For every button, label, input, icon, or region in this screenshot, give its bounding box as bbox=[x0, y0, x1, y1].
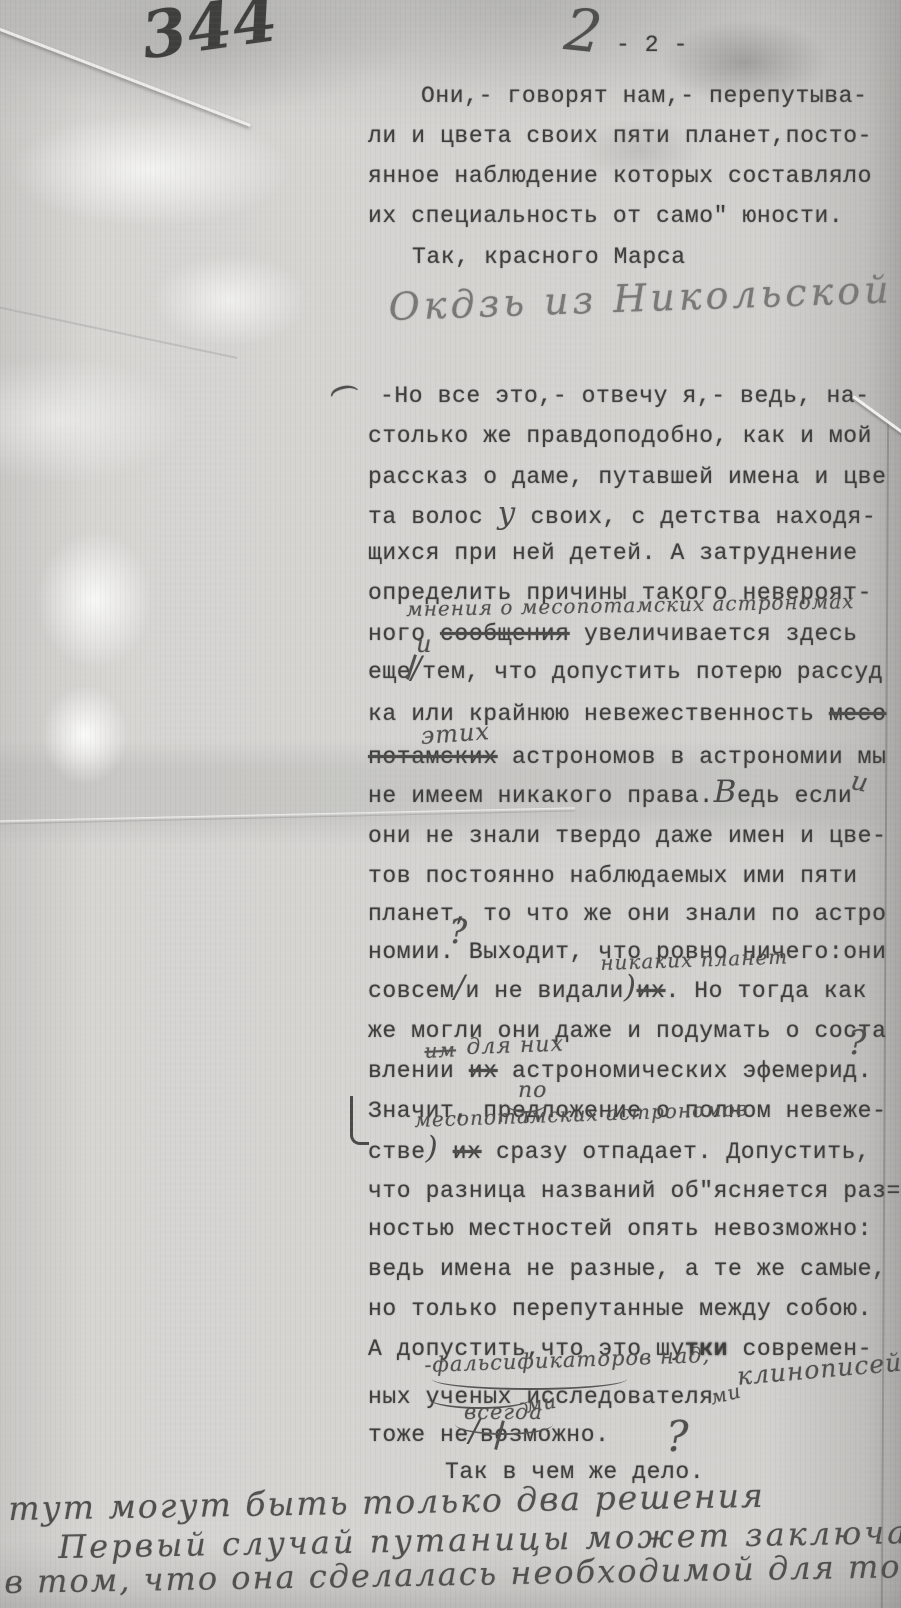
typed-text: их специальность от само" юности. bbox=[368, 203, 843, 229]
insert-note-line: Окдзь из Никольской bbox=[388, 270, 893, 326]
page-number-typed: - 2 - bbox=[616, 33, 688, 57]
typed-text: они не знали твердо даже имен и цве- bbox=[368, 823, 886, 849]
typed-line: ностью местностей опять невозможно: bbox=[368, 1217, 872, 1241]
correction-text: по bbox=[518, 1080, 547, 1102]
typed-text: -Но все это,- отвечу я,- ведь, на- bbox=[380, 383, 870, 409]
question-mark: ? bbox=[449, 915, 468, 949]
typed-line: еще/тем, что допустить потерю рассуд bbox=[368, 660, 883, 684]
typed-line: планет, то что же они знали по астро bbox=[368, 902, 886, 926]
typed-line: не имеем никакого права.Ведь если bbox=[368, 784, 852, 808]
hand-inline-mark: у bbox=[498, 495, 517, 531]
typed-text: ведь имена не разные, а те же самые, bbox=[368, 1256, 886, 1282]
typed-text: янное наблюдение которых составляло bbox=[368, 163, 872, 189]
typed-text: та волос bbox=[368, 504, 498, 530]
typed-line: стве) их сразу отпадает. Допустить, bbox=[368, 1140, 870, 1164]
margin-bracket bbox=[350, 1096, 369, 1145]
hand-inline-mark: / bbox=[454, 969, 465, 1005]
typed-text: не имеем никакого права. bbox=[368, 783, 714, 809]
typed-line: их специальность от само" юности. bbox=[368, 204, 843, 228]
typed-text: тоже не bbox=[368, 1422, 469, 1448]
typed-line: Так, красного Марса bbox=[412, 245, 686, 269]
typed-text: совсем bbox=[368, 978, 454, 1004]
typed-line: Они,- говорят нам,- перепутыва- bbox=[421, 84, 867, 108]
correction-text: и bbox=[416, 632, 432, 656]
hand-inline-mark: В bbox=[714, 774, 737, 810]
correction-text: мнения о месопотамских астрономах bbox=[406, 591, 855, 619]
correction-text: этих bbox=[420, 719, 491, 748]
typed-text: и не видали bbox=[465, 978, 623, 1004]
typed-text: Так, красного Марса bbox=[412, 244, 686, 270]
typed-line: та волос у своих, с детства находя- bbox=[368, 505, 876, 529]
typed-text: едь если bbox=[737, 783, 852, 809]
typed-text: ностью местностей опять невозможно: bbox=[368, 1216, 872, 1242]
typed-line: щихся при ней детей. А затруднение bbox=[368, 541, 858, 565]
sheet-number-pencil: 344 bbox=[138, 0, 282, 69]
typed-text: еще bbox=[368, 659, 411, 685]
typed-text: сразу отпадает. Допустить, bbox=[482, 1139, 871, 1165]
typed-text: своих, с детства находя- bbox=[516, 504, 876, 530]
typed-line: потамских астрономов в астрономии мы bbox=[368, 745, 887, 769]
typed-line: столько же правдоподобно, как и мой bbox=[368, 424, 872, 448]
typed-text bbox=[438, 1139, 452, 1165]
typed-text: . Но тогда как bbox=[665, 978, 867, 1004]
typed-line: что разница названий об"ясняется раз= bbox=[368, 1179, 901, 1203]
correction-text: для них bbox=[466, 1034, 564, 1059]
typed-line: но только перепутанные между собою. bbox=[368, 1297, 872, 1321]
correction-text: никаких планет bbox=[600, 946, 788, 973]
typed-line: ведь имена не разные, а те же самые, bbox=[368, 1257, 886, 1281]
typed-text: влении bbox=[368, 1058, 469, 1084]
typed-text: увеличивается здесь bbox=[570, 621, 858, 647]
typed-line: ного сообщения увеличивается здесь bbox=[368, 622, 858, 646]
typed-text: стве bbox=[368, 1139, 426, 1165]
typed-text: - 2 - bbox=[616, 32, 688, 58]
paper-crease bbox=[0, 303, 237, 359]
typed-text: астрономов в астрономии мы bbox=[498, 744, 887, 770]
typed-line: влении их астрономических эфемерид. bbox=[368, 1059, 872, 1083]
struck-text: месо bbox=[829, 701, 887, 727]
scribble-struck: им bbox=[424, 1039, 456, 1061]
typed-text: но только перепутанные между собою. bbox=[368, 1296, 872, 1322]
page-number-pencil: 2 bbox=[562, 0, 606, 62]
hand-inline-mark: ) bbox=[624, 969, 637, 1005]
typed-text: щихся при ней детей. А затруднение bbox=[368, 540, 858, 566]
typed-text: Они,- говорят нам,- перепутыва- bbox=[421, 83, 867, 109]
paragraph-hook-mark: ( bbox=[327, 378, 360, 402]
typed-text: тов постоянно наблюдаемых ими пяти bbox=[368, 863, 858, 889]
struck-text: сообщения bbox=[440, 621, 570, 647]
hand-inline-mark: ) bbox=[426, 1130, 439, 1166]
scanned-manuscript-page: - 2 -Они,- говорят нам,- перепутыва-ли и… bbox=[0, 0, 901, 1608]
typed-text: астрономических эфемерид. bbox=[498, 1058, 872, 1084]
question-mark: ? bbox=[848, 1026, 867, 1060]
typed-text: тем, что допустить потерю рассуд bbox=[422, 659, 883, 685]
stray-mark: и bbox=[849, 768, 872, 797]
typed-text: столько же правдоподобно, как и мой bbox=[368, 423, 872, 449]
typed-line: янное наблюдение которых составляло bbox=[368, 164, 872, 188]
typed-text: рассказ о даме, путавшей имена и цве bbox=[368, 464, 886, 490]
typed-text: планет, то что же они знали по астро bbox=[368, 901, 886, 927]
struck-text: их bbox=[469, 1058, 498, 1084]
typed-text: ли и цвета своих пяти планет,посто- bbox=[368, 123, 872, 149]
question-mark: ? bbox=[666, 1416, 690, 1458]
typed-line: рассказ о даме, путавшей имена и цве bbox=[368, 465, 886, 489]
typed-line: они не знали твердо даже имен и цве- bbox=[368, 824, 886, 848]
typed-line: ли и цвета своих пяти планет,посто- bbox=[368, 124, 872, 148]
struck-text: их bbox=[637, 978, 666, 1004]
typed-line: -Но все это,- отвечу я,- ведь, на- bbox=[380, 384, 870, 408]
paper-edge-line bbox=[881, 420, 889, 1608]
typed-line: тов постоянно наблюдаемых ими пяти bbox=[368, 864, 858, 888]
typed-line: совсем/и не видали)их. Но тогда как bbox=[368, 979, 867, 1003]
struck-text: их bbox=[453, 1139, 482, 1165]
typed-text: что разница названий об"ясняется раз= bbox=[368, 1178, 901, 1204]
